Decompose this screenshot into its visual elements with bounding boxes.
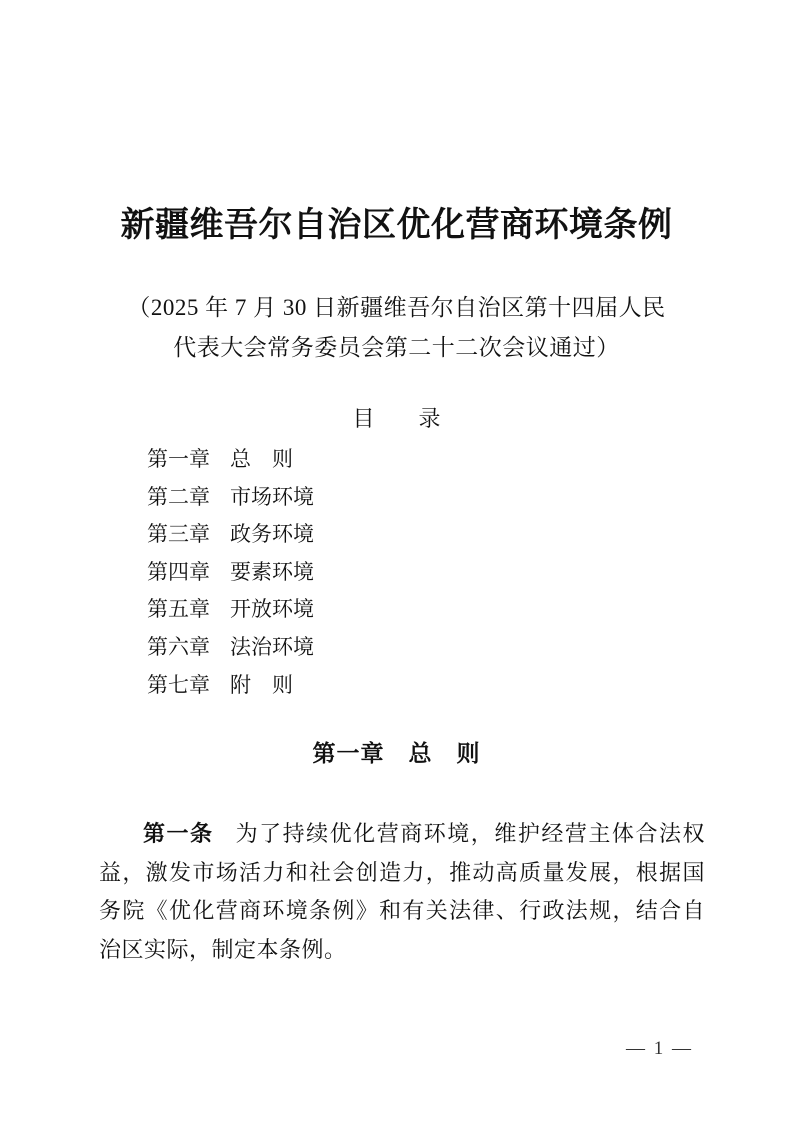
toc-chapter-label: 第七章 bbox=[147, 667, 210, 705]
toc-chapter-label: 第一章 bbox=[147, 441, 210, 479]
toc-item-5: 第五章 开放环境 bbox=[147, 591, 314, 629]
toc-chapter-title: 市场环境 bbox=[230, 479, 314, 517]
document-page: 新疆维吾尔自治区优化营商环境条例 （2025 年 7 月 30 日新疆维吾尔自治… bbox=[0, 0, 793, 1122]
toc-chapter-title: 总 则 bbox=[230, 441, 293, 479]
article-1-number-label: 第一条 bbox=[143, 821, 214, 846]
toc-chapter-label: 第二章 bbox=[147, 479, 210, 517]
toc-item-6: 第六章 法治环境 bbox=[147, 629, 314, 667]
toc-chapter-title: 政务环境 bbox=[230, 516, 314, 554]
toc-chapter-title: 法治环境 bbox=[230, 629, 314, 667]
toc-chapter-label: 第六章 bbox=[147, 629, 210, 667]
toc-chapter-label: 第三章 bbox=[147, 516, 210, 554]
page-title: 新疆维吾尔自治区优化营商环境条例 bbox=[0, 202, 793, 250]
toc-list: 第一章 总 则 第二章 市场环境 第三章 政务环境 第四章 要素环境 第五章 开… bbox=[147, 441, 314, 704]
toc-chapter-title: 附 则 bbox=[230, 667, 293, 705]
chapter-1-heading: 第一章 总 则 bbox=[0, 737, 793, 769]
toc-item-1: 第一章 总 则 bbox=[147, 441, 314, 479]
toc-chapter-title: 开放环境 bbox=[230, 591, 314, 629]
toc-chapter-label: 第四章 bbox=[147, 554, 210, 592]
toc-chapter-label: 第五章 bbox=[147, 591, 210, 629]
page-number: — 1 — bbox=[0, 1038, 793, 1060]
toc-chapter-title: 要素环境 bbox=[230, 554, 314, 592]
toc-item-3: 第三章 政务环境 bbox=[147, 516, 314, 554]
toc-heading: 目 录 bbox=[0, 404, 793, 434]
article-1-paragraph: 第一条为了持续优化营商环境，维护经营主体合法权益，激发市场活力和社会创造力，推动… bbox=[99, 815, 705, 969]
toc-item-2: 第二章 市场环境 bbox=[147, 479, 314, 517]
enactment-note-line1: （2025 年 7 月 30 日新疆维吾尔自治区第十四届人民 bbox=[0, 288, 793, 328]
toc-item-7: 第七章 附 则 bbox=[147, 667, 314, 705]
toc-item-4: 第四章 要素环境 bbox=[147, 554, 314, 592]
enactment-note: （2025 年 7 月 30 日新疆维吾尔自治区第十四届人民 代表大会常务委员会… bbox=[0, 288, 793, 368]
enactment-note-line2: 代表大会常务委员会第二十二次会议通过） bbox=[0, 328, 793, 368]
